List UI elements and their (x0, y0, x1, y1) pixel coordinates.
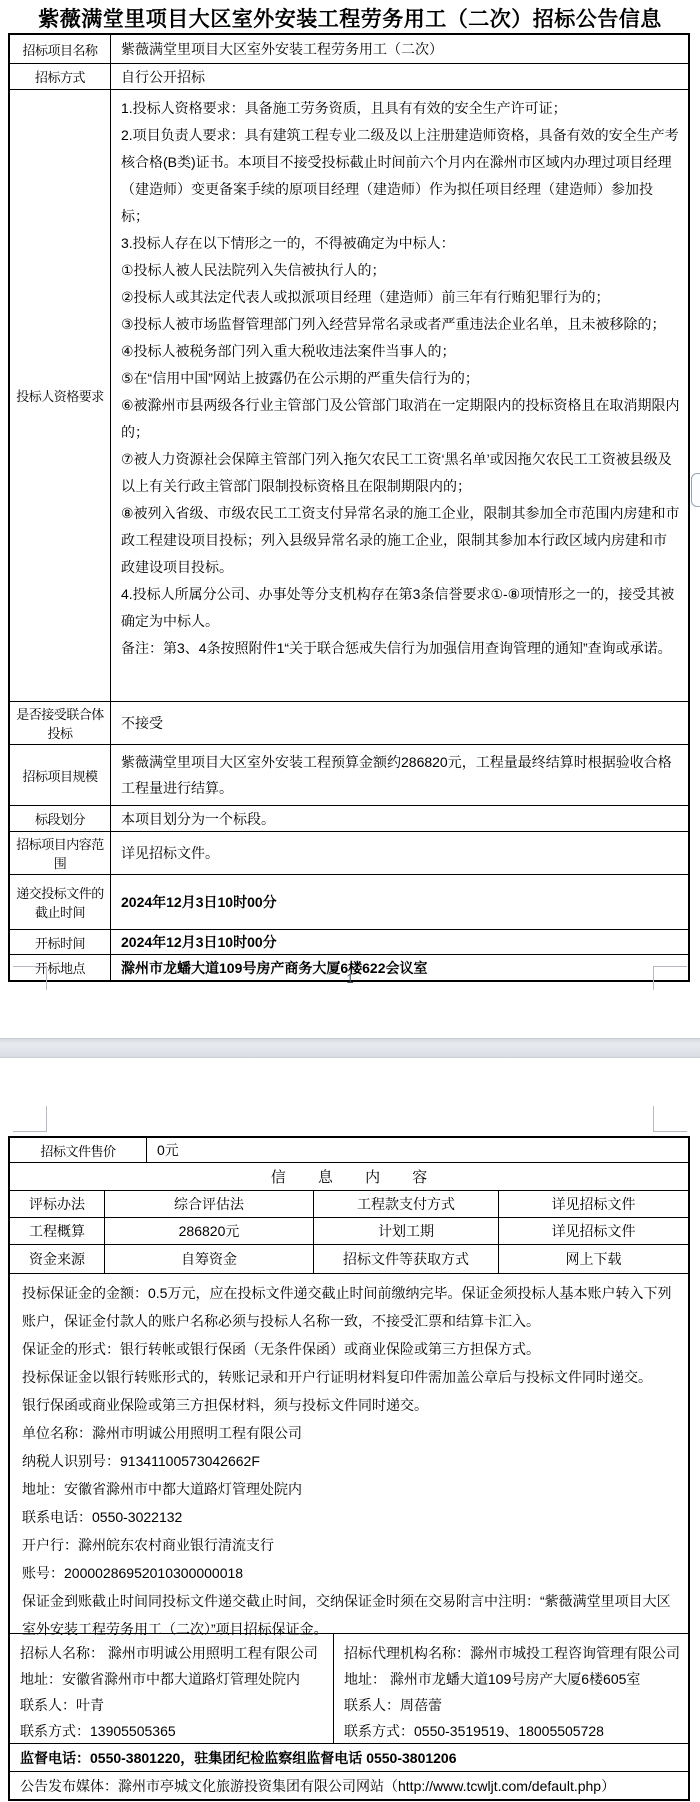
row-value: 不接受 (111, 702, 688, 744)
row-label: 招标文件售价 (10, 1138, 147, 1162)
margin-mark-top-left (13, 1106, 47, 1132)
paragraph: ③投标人被市场监督管理部门列入经营异常名录或者严重违法企业名单，且未被移除的； (121, 311, 680, 338)
grid-cell: 资金来源 (10, 1245, 105, 1273)
paragraph: 联系电话：0550-3022132 (22, 1503, 678, 1531)
grid-cell: 评标办法 (10, 1191, 105, 1217)
table-row: 招标方式 自行公开招标 (10, 64, 688, 90)
paragraph: ①投标人被人民法院列入失信被执行人的； (121, 257, 680, 284)
paragraph: 招标人名称： 滁州市明诚公用照明工程有限公司 (20, 1640, 327, 1666)
paragraph: 地址： 滁州市龙蟠大道109号房产大厦6楼605室 (344, 1666, 682, 1692)
paragraph: 账号：20000286952010300000018 (22, 1559, 678, 1587)
row-label: 标段划分 (10, 806, 111, 831)
paragraph: ④投标人被税务部门列入重大税收违法案件当事人的； (121, 338, 680, 365)
row-label: 招标项目名称 (10, 35, 111, 63)
grid-cell: 工程概算 (10, 1218, 105, 1244)
paragraph: 2.项目负责人要求：具有建筑工程专业二级及以上注册建造师资格，具备有效的安全生产… (121, 122, 680, 230)
paragraph: 单位名称：滁州市明诚公用照明工程有限公司 (22, 1419, 678, 1447)
row-value: 详见招标文件。 (111, 832, 688, 874)
grid-cell: 286820元 (105, 1218, 314, 1244)
paragraph: 备注：第3、4条按照附件1“关于联合惩戒失信行为加强信用查询管理的通知”查询或承… (121, 635, 680, 662)
row-label: 是否接受联合体投标 (10, 702, 111, 744)
grid-cell: 详见招标文件 (499, 1218, 688, 1244)
bidder-contact-block: 招标人名称： 滁州市明诚公用照明工程有限公司地址：安徽省滁州市中都大道路灯管理处… (10, 1634, 334, 1743)
table-row: 资金来源 自筹资金 招标文件等获取方式 网上下载 (10, 1245, 688, 1274)
row-label: 招标项目规模 (10, 745, 111, 805)
announcement-media-row: 公告发布媒体：滁州市亭城文化旅游投资集团有限公司网站（http://www.tc… (10, 1772, 688, 1799)
paragraph: 纳税人识别号：91341100573042662F (22, 1447, 678, 1475)
bid-deposit-details: 投标保证金的金额：0.5万元，应在投标文件递交截止时间前缴纳完毕。保证金须投标人… (10, 1274, 688, 1633)
paragraph: 联系人：叶青 (20, 1692, 327, 1718)
paragraph: ②投标人或其法定代表人或拟派项目经理（建造师）前三年有行贿犯罪行为的； (121, 284, 680, 311)
row-label: 招标方式 (10, 64, 111, 89)
page-title: 紫薇满堂里项目大区室外安装工程劳务用工（二次）招标公告信息 (0, 3, 700, 33)
grid-cell: 综合评估法 (105, 1191, 314, 1217)
page-break-separator (0, 1038, 700, 1058)
page-number: 1 (0, 971, 700, 986)
paragraph: ⑥被滁州市县两级各行业主管部门及公管部门取消在一定期限内的投标资格且在取消期限内… (121, 392, 680, 446)
info-table: 招标文件售价 0元 信 息 内 容 评标办法 综合评估法 工程款支付方式 详见招… (8, 1136, 690, 1801)
table-row: 招标文件售价 0元 (10, 1138, 688, 1163)
info-content-header: 信 息 内 容 (10, 1163, 688, 1190)
grid-cell: 计划工期 (314, 1218, 499, 1244)
table-row: 评标办法 综合评估法 工程款支付方式 详见招标文件 (10, 1191, 688, 1218)
paragraph: 地址：安徽省滁州市中都大道路灯管理处院内 (22, 1475, 678, 1503)
paragraph: 联系方式：13905505365 (20, 1718, 327, 1744)
table-row: 投标保证金的金额：0.5万元，应在投标文件递交截止时间前缴纳完毕。保证金须投标人… (10, 1274, 688, 1634)
grid-cell: 招标文件等获取方式 (314, 1245, 499, 1273)
paragraph: ⑧被列入省级、市级农民工工资支付异常名录的施工企业，限制其参加全市范围内房建和市… (121, 500, 680, 581)
paragraph: ⑦被人力资源社会保障主管部门列入拖欠农民工工资‘黑名单’或因拖欠农民工工资被县级… (121, 446, 680, 500)
row-value: 本项目划分为一个标段。 (111, 806, 688, 831)
paragraph: 银行保函或商业保险或第三方担保材料，须与投标文件同时递交。 (22, 1391, 678, 1419)
table-row: 招标项目内容范围 详见招标文件。 (10, 832, 688, 875)
row-label: 递交投标文件的截止时间 (10, 875, 111, 929)
row-label: 投标人资格要求 (10, 90, 111, 701)
paragraph: 投标保证金以银行转账形式的，转账记录和开户行证明材料复印件需加盖公章后与投标文件… (22, 1363, 678, 1391)
table-row: 招标项目名称 紫薇满堂里项目大区室外安装工程劳务用工（二次） (10, 35, 688, 64)
paragraph: 3.投标人存在以下情形之一的，不得被确定为中标人： (121, 230, 680, 257)
paragraph: 开户行：滁州皖东农村商业银行清流支行 (22, 1531, 678, 1559)
table-row: 标段划分 本项目划分为一个标段。 (10, 806, 688, 832)
deadline-value: 2024年12月3日10时00分 (111, 875, 688, 929)
scrollbar-thumb[interactable] (691, 473, 700, 507)
qualification-requirements: 1.投标人资格要求：具备施工劳务资质，且具有有效的安全生产许可证；2.项目负责人… (111, 90, 688, 701)
paragraph: 1.投标人资格要求：具备施工劳务资质，且具有有效的安全生产许可证； (121, 95, 680, 122)
margin-mark-top-right (653, 1106, 687, 1132)
paragraph: 投标保证金的金额：0.5万元，应在投标文件递交截止时间前缴纳完毕。保证金须投标人… (22, 1279, 678, 1335)
paragraph: 保证金的形式：银行转帐或银行保函（无条件保函）或商业保险或第三方担保方式。 (22, 1335, 678, 1363)
contacts-row: 招标人名称： 滁州市明诚公用照明工程有限公司地址：安徽省滁州市中都大道路灯管理处… (10, 1634, 688, 1744)
announcement-table: 招标项目名称 紫薇满堂里项目大区室外安装工程劳务用工（二次） 招标方式 自行公开… (8, 33, 690, 982)
doc-fee-value: 0元 (147, 1138, 688, 1162)
row-label: 开标时间 (10, 930, 111, 954)
grid-cell: 网上下载 (499, 1245, 688, 1273)
agency-contact-block: 招标代理机构名称：滁州市城投工程咨询管理有限公司地址： 滁州市龙蟠大道109号房… (334, 1634, 688, 1743)
table-row: 工程概算 286820元 计划工期 详见招标文件 (10, 1218, 688, 1245)
grid-cell: 详见招标文件 (499, 1191, 688, 1217)
table-row: 招标项目规模 紫薇满堂里项目大区室外安装工程预算金额约286820元，工程量最终… (10, 745, 688, 806)
grid-cell: 自筹资金 (105, 1245, 314, 1273)
paragraph: 4.投标人所属分公司、办事处等分支机构存在第3条信誉要求①-⑧项情形之一的，接受… (121, 581, 680, 635)
row-label: 招标项目内容范围 (10, 832, 111, 874)
table-row: 递交投标文件的截止时间 2024年12月3日10时00分 (10, 875, 688, 930)
row-value: 紫薇满堂里项目大区室外安装工程劳务用工（二次） (111, 35, 688, 63)
document-viewer: 紫薇满堂里项目大区室外安装工程劳务用工（二次）招标公告信息 招标项目名称 紫薇满… (0, 0, 700, 1802)
paragraph: ⑤在“信用中国”网站上披露仍在公示期的严重失信行为的； (121, 365, 680, 392)
grid-cell: 工程款支付方式 (314, 1191, 499, 1217)
table-row: 开标时间 2024年12月3日10时00分 (10, 930, 688, 955)
row-value: 自行公开招标 (111, 64, 688, 89)
table-row: 信 息 内 容 (10, 1163, 688, 1191)
bid-opening-time: 2024年12月3日10时00分 (111, 930, 688, 954)
supervision-phone-row: 监督电话：0550-3801220，驻集团纪检监察组监督电话 0550-3801… (10, 1744, 688, 1772)
paragraph: 招标代理机构名称：滁州市城投工程咨询管理有限公司 (344, 1640, 682, 1666)
row-value: 紫薇满堂里项目大区室外安装工程预算金额约286820元，工程量最终结算时根据验收… (111, 745, 688, 805)
paragraph: 联系人：周蓓蕾 (344, 1692, 682, 1718)
table-row: 是否接受联合体投标 不接受 (10, 702, 688, 745)
paragraph: 地址：安徽省滁州市中都大道路灯管理处院内 (20, 1666, 327, 1692)
paragraph: 联系方式：0550-3519519、18005505728 (344, 1718, 682, 1744)
table-row: 投标人资格要求 1.投标人资格要求：具备施工劳务资质，且具有有效的安全生产许可证… (10, 90, 688, 702)
